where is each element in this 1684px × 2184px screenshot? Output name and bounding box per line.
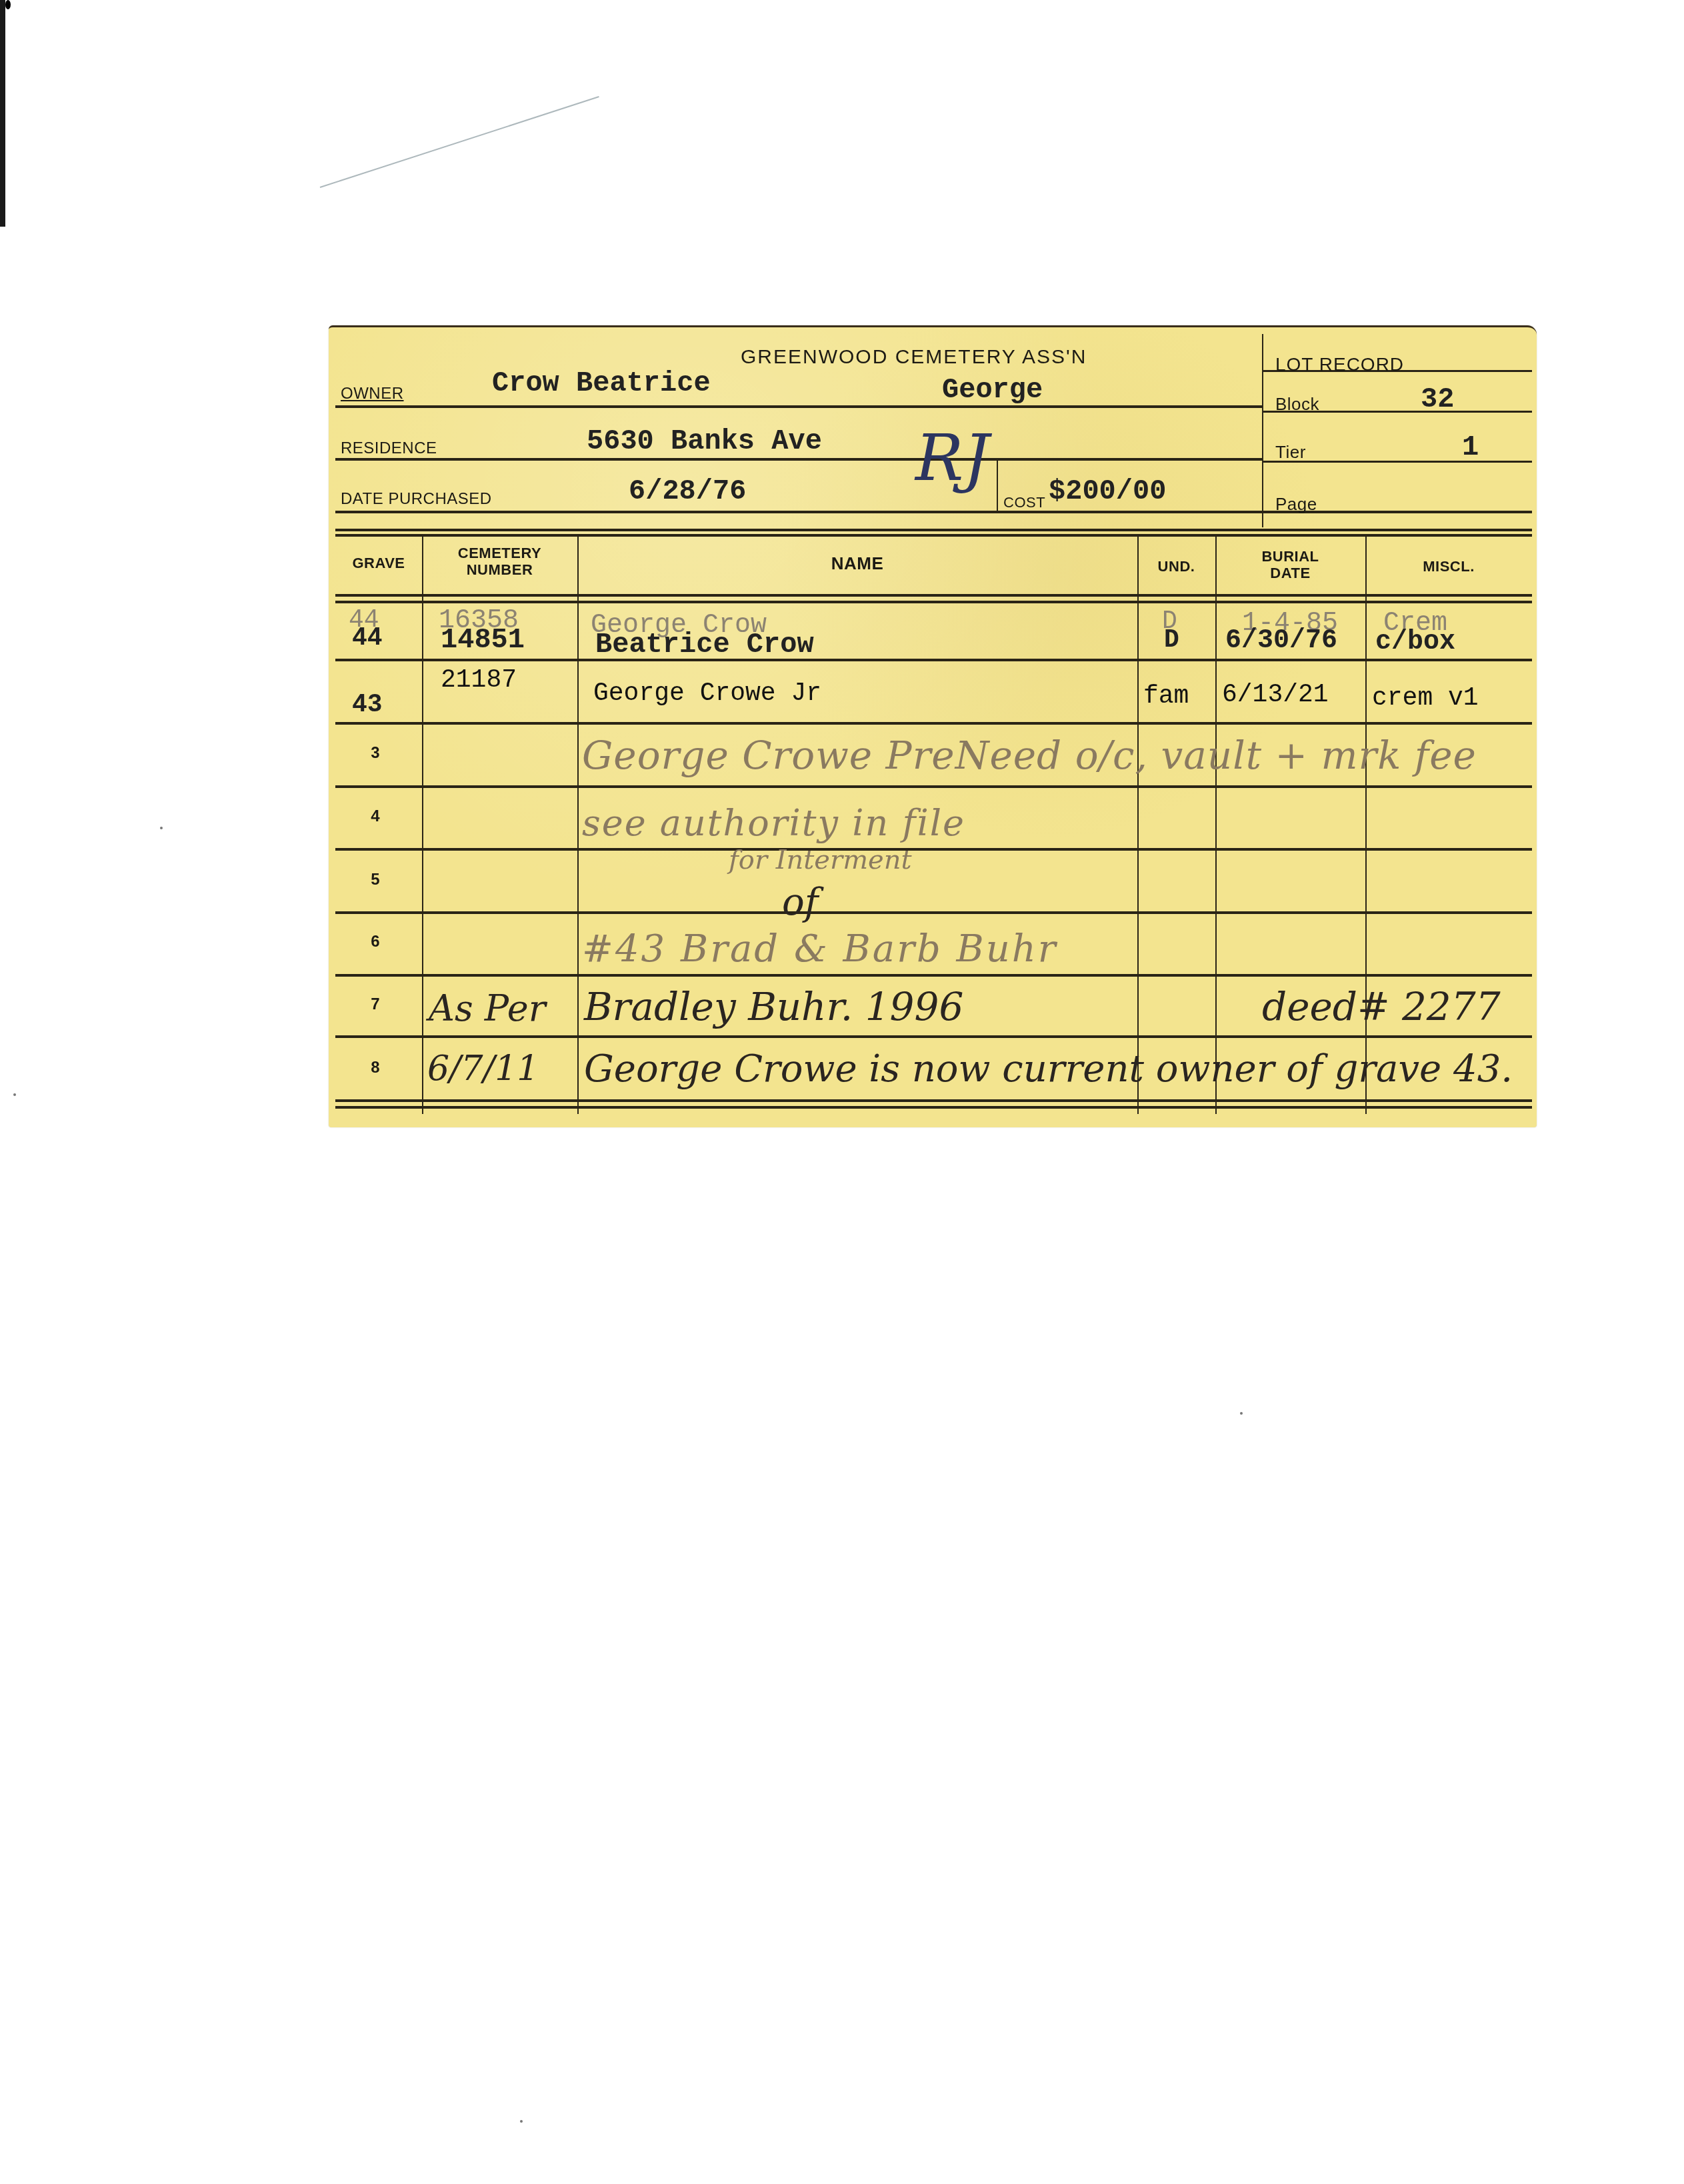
- column-line: [1137, 534, 1139, 1114]
- lot-record-title: LOT RECORD: [1275, 354, 1404, 375]
- cost-value: $200/00: [1049, 475, 1166, 507]
- cemetery-number: 14851: [441, 624, 525, 656]
- lot-record-divider: [1262, 334, 1263, 527]
- row-line: [335, 848, 1532, 851]
- owner-value-2: George: [942, 374, 1043, 406]
- row-line: [335, 1106, 1532, 1109]
- date-purchased-label: DATE PURCHASED: [341, 490, 492, 509]
- name: Beatrice Crow: [595, 629, 814, 661]
- miscl: crem v1: [1372, 684, 1479, 713]
- rule: [335, 534, 1532, 537]
- burial-date: 6/30/76: [1225, 626, 1337, 656]
- cost-label: COST: [1003, 494, 1045, 511]
- owner-label: OWNER: [341, 385, 404, 403]
- col-grave: GRAVE: [335, 554, 422, 573]
- block-value: 32: [1421, 383, 1454, 415]
- col-cemetery-number-1: CEMETERY: [422, 544, 577, 563]
- col-burial-date-2: DATE: [1215, 564, 1365, 583]
- cost-divider: [997, 459, 998, 511]
- cemetery-title: GREENWOOD CEMETERY ASS'N: [741, 346, 1087, 369]
- und: D: [1164, 626, 1179, 655]
- handwritten-ownership-note: George Crowe is now current owner of gra…: [584, 1047, 1513, 1091]
- name: George Crowe Jr: [593, 679, 821, 708]
- handwritten-note-authority: see authority in file: [582, 802, 965, 844]
- speck: [520, 2120, 523, 2123]
- handwritten-note-of: of: [782, 881, 818, 924]
- initials-signature: RJ: [915, 421, 989, 495]
- row-line: [335, 1035, 1532, 1038]
- speck: [13, 1093, 16, 1096]
- page-label: Page: [1275, 494, 1317, 515]
- residence-value: 5630 Banks Ave: [587, 425, 822, 457]
- grave-number: 5: [335, 871, 415, 889]
- handwritten-note-preneed: George Crowe PreNeed o/c, vault + mrk fe…: [582, 733, 1477, 778]
- rule: [335, 511, 1532, 513]
- tier-value: 1: [1462, 431, 1479, 463]
- speck: [160, 827, 163, 829]
- rule: [335, 458, 1262, 461]
- row-line: [335, 911, 1532, 914]
- date-purchased-value: 6/28/76: [629, 475, 746, 507]
- scan-edge: [0, 0, 5, 227]
- row-line: [335, 785, 1532, 788]
- grave-number: 7: [335, 995, 415, 1014]
- rule: [335, 529, 1532, 531]
- speck: [1240, 1412, 1243, 1415]
- stray-pencil-line: [320, 96, 599, 188]
- handwritten-note-interment: for Interment: [729, 845, 912, 875]
- cemetery-number: 21187: [441, 666, 517, 695]
- miscl: c/box: [1375, 627, 1455, 657]
- lot-record-card: GREENWOOD CEMETERY ASS'N OWNER Crow Beat…: [329, 325, 1537, 1127]
- scan-mark: [5, 0, 11, 9]
- handwritten-bradley-buhr: Bradley Buhr. 1996: [584, 984, 963, 1029]
- handwritten-deed-number: deed# 2277: [1262, 984, 1501, 1029]
- col-name: NAME: [577, 554, 1137, 573]
- column-line: [577, 534, 579, 1114]
- grave-number: 8: [335, 1059, 415, 1077]
- residence-label: RESIDENCE: [341, 439, 437, 458]
- row-line: [335, 659, 1532, 661]
- col-miscl: MISCL.: [1365, 557, 1532, 576]
- grave: 43: [352, 691, 383, 719]
- handwritten-date: 6/7/11: [427, 1049, 539, 1089]
- handwritten-as-per: As Per: [429, 987, 546, 1029]
- col-burial-date-1: BURIAL: [1215, 547, 1365, 566]
- rule: [335, 601, 1532, 603]
- burial-date: 6/13/21: [1222, 681, 1329, 709]
- grave-number: 6: [335, 933, 415, 951]
- tier-label: Tier: [1275, 442, 1306, 463]
- grave-number: 4: [335, 807, 415, 826]
- owner-value: Crow Beatrice: [492, 367, 711, 399]
- und: fam: [1143, 682, 1189, 711]
- row-line: [335, 974, 1532, 977]
- col-cemetery-number-2: NUMBER: [422, 561, 577, 579]
- row-line: [335, 722, 1532, 725]
- rule: [335, 594, 1532, 597]
- column-line: [1215, 534, 1217, 1114]
- col-und: UND.: [1137, 557, 1215, 576]
- rule: [335, 405, 1262, 408]
- column-line: [422, 534, 423, 1114]
- block-label: Block: [1275, 394, 1319, 415]
- row-line: [335, 1099, 1532, 1102]
- handwritten-note-buhr: #43 Brad & Barb Buhr: [582, 927, 1058, 971]
- grave-number: 3: [335, 744, 415, 763]
- grave: 44: [352, 624, 383, 653]
